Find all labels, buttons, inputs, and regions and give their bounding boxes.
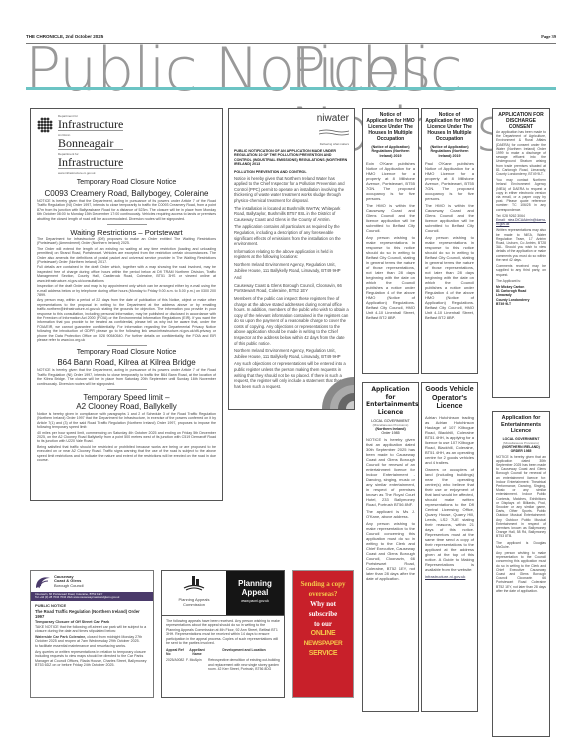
applicant-address: Mr Mickey Carton 81 Carlorogh Road Limav… [496, 285, 546, 306]
ent2-p1: NOTICE is hereby given that an applicati… [496, 455, 546, 539]
closure-title-2: B64 Bann Road, Kilrea at Kilrea Bridge [37, 358, 216, 367]
ccg-p4: Any queries or written representations i… [35, 650, 149, 668]
speed-p2: 40 miles per hour speed limit, commencin… [37, 431, 216, 444]
page-number: Page 39 [541, 34, 556, 39]
ad-line: to our [293, 619, 353, 629]
pac-appellant: F. McAlpin [186, 658, 208, 671]
ccg-contact: Tel +44 (0) 28 7034 7034 Web www.causewa… [35, 596, 149, 599]
ent2-sub3: (NORTHERN IRELAND) [496, 445, 546, 449]
hmo2-title: Notice of Application for HMO Licence Un… [425, 112, 474, 142]
goods-title: Goods Vehicle Operator's Licence [425, 386, 474, 412]
water-waves-icon [319, 129, 349, 137]
ent2-sub4: ORDER 1985 [496, 449, 546, 453]
niwater-p7: Causeway Coast & Glens Borough Council, … [234, 283, 349, 294]
ent1-title: Application for Entertainments Licence [366, 386, 415, 416]
closure-title-1: C0093 Creamery Road, Ballybogey, Colerai… [37, 189, 216, 198]
niwater-p1: Notice is hereby given that Northern Ire… [234, 176, 349, 204]
ccg-logo: Causeway Coast & Glens Borough Council [31, 571, 153, 592]
speed-p3: Being satisfied that traffic should be r… [37, 445, 216, 463]
ccg-wave-icon [35, 575, 51, 589]
discharge-email-link[interactable]: Email: niea.DICAAdmin@daera-ni.gov.uk [496, 218, 546, 226]
table-row: 2025/A0082 F. McAlpin Retrospective demo… [166, 658, 280, 671]
hmo1-p3: Any person wishing to make representatio… [366, 235, 415, 320]
waiting-p4: Inspection of the draft Order and map is… [37, 284, 216, 297]
dfi-notice: Department for Infrastructure An Roinn B… [30, 108, 223, 501]
ccg-car-park-name: Waterside Car Park Coleraine, [35, 635, 86, 639]
dfi-logo: Department for Infrastructure An Roinn B… [37, 114, 216, 175]
ad-line: SERVICE [293, 649, 353, 659]
pac-title-1: Planning [226, 579, 284, 588]
ent2-p2: The applicant is Douglas McGuire. [496, 541, 546, 549]
speed-p1: Notice is hereby given in compliance wit… [37, 412, 216, 430]
pac-col-appellant: Appellant Name [186, 648, 208, 656]
niwater-notice: niwater Delivering what matters PUBLIC N… [228, 108, 355, 410]
hmo1-p1: Eoin O'Kane publishes Notice of Applicat… [366, 161, 415, 201]
ccg-p3: to facilitate essential maintenance and … [35, 644, 149, 648]
ent1-p2: The applicant is Ms J. O'Kane, above add… [366, 509, 415, 519]
ent2-p3: Any person wishing to make representatio… [496, 551, 546, 593]
ent1-p3: Any person wishing to make representatio… [366, 521, 415, 581]
niwater-p2: The installation is located at Bushmills… [234, 206, 349, 223]
ent1-p1: NOTICE is hereby given that an applicati… [366, 437, 415, 507]
closure-body-1: NOTICE is hereby given that the Departme… [37, 199, 216, 221]
ad-line: subscribe [293, 609, 353, 619]
applicant-line: BT49 9LT [496, 302, 546, 306]
pac-ref: 2025/A0082 [166, 658, 186, 671]
ent2-title: Application for Entertainments Licence [496, 415, 546, 435]
pac-intro: The following appeals have been received… [166, 619, 280, 645]
ccg-contact-bar: Cloonavin, 66 Portstewart Road, Colerain… [31, 592, 153, 601]
niwater-tagline: Delivering what matters [234, 142, 349, 146]
niwater-p3: The application contains all particulars… [234, 224, 349, 246]
ad-line: overseas? [293, 589, 353, 599]
niwater-p4: Information relating to the above applic… [234, 249, 349, 260]
niwater-p9: Northern Ireland Environment Agency, Reg… [234, 348, 349, 359]
discharge-p5: The Applicant is: [496, 279, 546, 283]
hmo1-subtitle: (Notice of Application) Regulations (Nor… [366, 145, 415, 158]
pac-org-2: Commission [162, 602, 226, 607]
divider [107, 345, 147, 346]
ccg-subtitle: Temporary Closure of Off Street Car Park [35, 620, 149, 624]
waiting-p2: The Order will extend the length of an e… [37, 247, 216, 265]
dfi-name-us: Infrastructure [58, 156, 123, 169]
ad-line: Why not [293, 599, 353, 609]
dfi-url[interactable]: www.infrastructure-ni.gov.uk [58, 171, 123, 175]
discharge-title: APPLICATION FOR DISCHARGE CONSENT [496, 112, 546, 130]
entertainments-notice-2: Application for Entertainments Licence L… [492, 411, 550, 737]
goods-website-link[interactable]: infrastructure-ni.gov.uk [425, 574, 474, 579]
teal-rule-left [26, 87, 283, 90]
ent2-sub2: (Miscellaneous Provisions) [496, 441, 546, 445]
closure-heading-1: Temporary Road Closure Notice [37, 179, 216, 186]
hmo1-title: Notice of Application for HMO Licence Un… [366, 112, 415, 142]
pac-notice: Planning Appeals Commission Planning App… [161, 570, 285, 698]
pac-col-development: Development and Location [208, 648, 280, 656]
ent1-sub4: Order 1985 [366, 431, 415, 435]
pac-title-block: Planning Appeal www.pacni.gov.uk [226, 571, 284, 615]
pac-url[interactable]: www.pacni.gov.uk [226, 599, 284, 603]
niwater-p6: And [234, 275, 349, 281]
goods-p1: Adrian Hutchinson trading as Adrian Hutc… [425, 415, 474, 465]
ccg-notice: Causeway Coast & Glens Borough Council C… [30, 570, 154, 698]
discharge-p4: Comments received may be supplied to any… [496, 264, 546, 277]
pac-development: Retrospective demolition of existing out… [208, 658, 280, 671]
niwater-p5: Northern Ireland Environment Agency, Reg… [234, 262, 349, 273]
waiting-p5: Any person may, within a period of 22 da… [37, 298, 216, 342]
niwater-p8: Members of the public can inspect these … [234, 296, 349, 346]
discharge-notice: APPLICATION FOR DISCHARGE CONSENT An app… [492, 108, 550, 398]
speed-title-1: Temporary Speed limit – [37, 393, 216, 402]
divider [107, 224, 147, 225]
ccg-p1: TAKE NOTICE that the following off-stree… [35, 625, 149, 634]
speed-title-2: A2 Clooney Road, Ballykelly [37, 402, 216, 411]
closure-heading-2: Temporary Road Closure Notice [37, 349, 216, 356]
niwater-logo: niwater Delivering what matters [234, 113, 349, 146]
ad-line: Sending a copy [293, 579, 353, 589]
teal-rule-right [290, 87, 556, 90]
ent2-sub1: LOCAL GOVERNMENT [496, 437, 546, 441]
hmo1-p2: The HMO is within the Causeway Coast and… [366, 203, 415, 233]
hmo2-p2: The HMO is within the Causeway Coast and… [425, 203, 474, 233]
goods-p2: Owners or occupiers of land (including b… [425, 467, 474, 572]
ccg-name-3: Borough Council [54, 584, 84, 589]
niwater-logo-text: niwater [234, 113, 349, 124]
niwater-subtitle: POLLUTION PREVENTION AND CONTROL [234, 170, 349, 174]
hmo2-p1: Paul O'Kane publishes Notice of Applicat… [425, 161, 474, 201]
subscription-ad[interactable]: Sending a copy overseas? Why not subscri… [292, 570, 354, 698]
closure-body-2: NOTICE is hereby given that the Departme… [37, 368, 216, 386]
divider [107, 389, 147, 390]
entertainments-notice-1: Application for Entertainments Licence L… [362, 382, 419, 712]
pac-title-2: Appeal [226, 588, 284, 597]
waiting-p1: The Department for Infrastructure (DfI) … [37, 237, 216, 246]
ccg-title: The Road Traffic Regulation (Northern Ir… [35, 609, 149, 619]
hmo2-p3: Any person wishing to make representatio… [425, 235, 474, 320]
pac-header: Planning Appeals Commission Planning App… [162, 571, 284, 615]
pac-city-icon [182, 574, 206, 592]
dfi-dots-icon [37, 117, 53, 133]
waiting-p3: Full details are contained in the draft … [37, 265, 216, 283]
goods-vehicle-notice: Goods Vehicle Operator's Licence Adrian … [421, 382, 478, 712]
pac-table-header: Appeal Ref No Appellant Name Development… [166, 648, 280, 656]
discharge-p3: Written representations may also be made… [496, 228, 546, 262]
dfi-name-en: Infrastructure [58, 118, 123, 131]
ad-line: ONLINE [293, 629, 353, 639]
discharge-p1: An application has been made to the Depa… [496, 130, 546, 176]
hmo2-subtitle: (Notice of Application) Regulations (Nor… [425, 145, 474, 158]
ad-line: NEWSPAPER [293, 639, 353, 649]
waiting-title: Waiting Restrictions – Portstewart [37, 228, 216, 237]
hmo-notice-2: Notice of Application for HMO Licence Un… [421, 108, 478, 374]
ccg-label: PUBLIC NOTICE [35, 603, 149, 608]
pac-col-ref: Appeal Ref No [166, 648, 186, 656]
discharge-p2: You may contact Northern Ireland Environ… [496, 178, 546, 212]
dfi-name-ga: Bonneagair [58, 137, 123, 150]
niwater-title: PUBLIC NOTIFICATION OF AN APPLICATION MA… [234, 149, 349, 167]
hmo-notice-1: Notice of Application for HMO Licence Un… [362, 108, 419, 374]
quarter-circle-graphic [320, 375, 354, 409]
pac-logo: Planning Appeals Commission [162, 571, 226, 615]
